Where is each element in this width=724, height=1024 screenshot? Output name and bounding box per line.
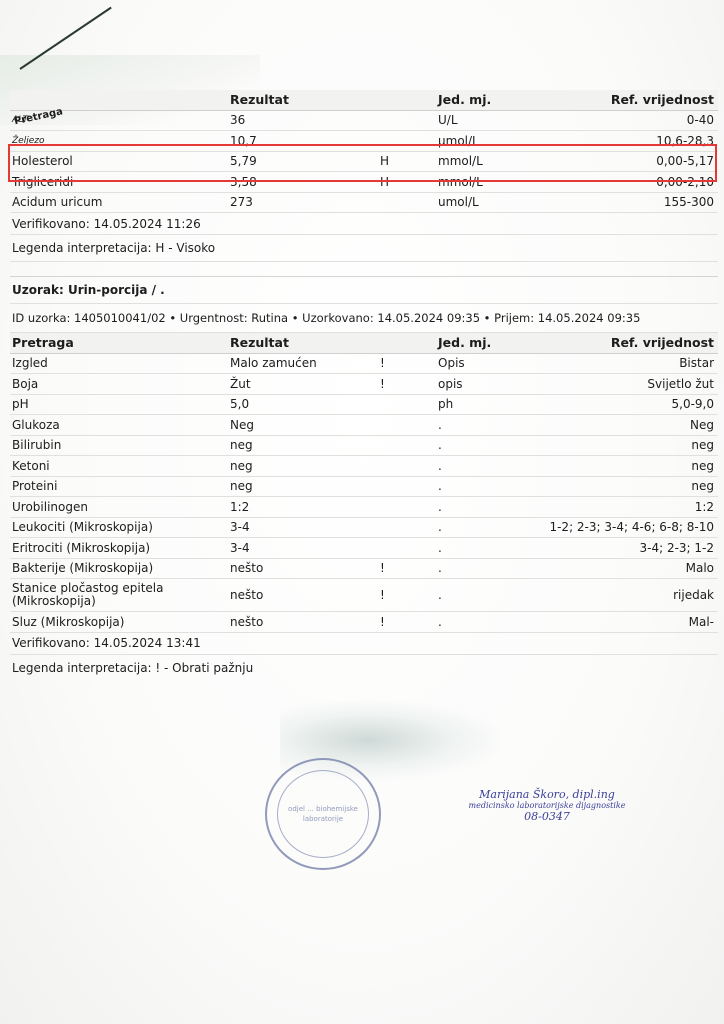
table-row: BojaŽut!opisSvijetlo žut	[10, 374, 718, 395]
flag: !	[380, 615, 438, 629]
reference-range: 0-40	[534, 113, 718, 127]
header-ref: Ref. vrijednost	[534, 335, 718, 350]
test-name: Bilirubin	[10, 438, 230, 452]
test-name: Proteini	[10, 479, 230, 493]
unit: opis	[438, 377, 534, 391]
table-row: pH5,0ph5,0-9,0	[10, 395, 718, 416]
table-row: Urobilinogen1:2.1:2	[10, 497, 718, 518]
reference-range: Mal-	[534, 615, 718, 629]
reference-range: neg	[534, 438, 718, 452]
result-value: nešto	[230, 615, 380, 629]
test-name: Ketoni	[10, 459, 230, 473]
table-row: Sluz (Mikroskopija)nešto!.Mal-	[10, 612, 718, 633]
header-unit: Jed. mj.	[438, 92, 534, 107]
verified-timestamp: Verifikovano: 14.05.2024 13:41	[10, 633, 718, 655]
verified-timestamp: Verifikovano: 14.05.2024 11:26	[10, 213, 718, 235]
table-row: IzgledMalo zamućen!OpisBistar	[10, 354, 718, 375]
table-row: Eritrociti (Mikroskopija)3-4.3-4; 2-3; 1…	[10, 538, 718, 559]
unit: .	[438, 479, 534, 493]
unit: .	[438, 500, 534, 514]
result-value: 3-4	[230, 541, 380, 555]
test-name: Boja	[10, 377, 230, 391]
test-name: pH	[10, 397, 230, 411]
highlight-box	[8, 144, 717, 182]
header-ref: Ref. vrijednost	[534, 92, 718, 107]
result-value: nešto	[230, 588, 380, 602]
test-name: Eritrociti (Mikroskopija)	[10, 541, 230, 555]
table-header: Pretraga Rezultat Jed. mj. Ref. vrijedno…	[10, 333, 718, 354]
result-value: neg	[230, 459, 380, 473]
test-name: Glukoza	[10, 418, 230, 432]
unit: .	[438, 418, 534, 432]
header-unit: Jed. mj.	[438, 335, 534, 350]
table-row: Proteinineg.neg	[10, 477, 718, 498]
test-name: Bakterije (Mikroskopija)	[10, 561, 230, 575]
test-name: Acidum uricum	[10, 195, 230, 209]
unit: U/L	[438, 113, 534, 127]
unit: Opis	[438, 356, 534, 370]
sample-title: Uzorak: Urin-porcija / .	[10, 277, 718, 304]
result-value: Malo zamućen	[230, 356, 380, 370]
unit: .	[438, 615, 534, 629]
reference-range: Neg	[534, 418, 718, 432]
table-row: Ketonineg.neg	[10, 456, 718, 477]
result-value: 36	[230, 113, 380, 127]
table-row: Acidum uricum273umol/L155-300	[10, 193, 718, 214]
divider	[10, 262, 718, 277]
header-test: Pretraga	[10, 335, 230, 350]
test-name: Urobilinogen	[10, 500, 230, 514]
legend: Legenda interpretacija: ! - Obrati pažnj…	[10, 655, 718, 681]
signer-title: medicinsko laboratorijske dijagnostike	[462, 801, 632, 810]
unit: .	[438, 438, 534, 452]
table-row: GlukozaNeg.Neg	[10, 415, 718, 436]
unit: .	[438, 520, 534, 534]
reference-range: 3-4; 2-3; 1-2	[534, 541, 718, 555]
table-row: Stanice pločastog epitela (Mikroskopija)…	[10, 579, 718, 612]
test-name: Sluz (Mikroskopija)	[10, 615, 230, 629]
reference-range: neg	[534, 459, 718, 473]
header-result: Rezultat	[230, 335, 380, 350]
table-header: Pretraga Rezultat Jed. mj. Ref. vrijedno…	[10, 90, 718, 111]
reference-range: Svijetlo žut	[534, 377, 718, 391]
table-row: Leukociti (Mikroskopija)3-4.1-2; 2-3; 3-…	[10, 518, 718, 539]
flag: !	[380, 356, 438, 370]
signer-number: 08-0347	[462, 810, 632, 823]
result-value: nešto	[230, 561, 380, 575]
reference-range: neg	[534, 479, 718, 493]
unit: ph	[438, 397, 534, 411]
test-name: Stanice pločastog epitela (Mikroskopija)	[10, 582, 230, 608]
signature-block: Marijana Škoro, dipl.ing medicinsko labo…	[462, 788, 632, 823]
flag: !	[380, 377, 438, 391]
reference-range: 155-300	[534, 195, 718, 209]
unit: .	[438, 561, 534, 575]
test-name: Leukociti (Mikroskopija)	[10, 520, 230, 534]
reference-range: 1:2	[534, 500, 718, 514]
unit: umol/L	[438, 195, 534, 209]
legend: Legenda interpretacija: H - Visoko	[10, 235, 718, 262]
reference-range: Malo	[534, 561, 718, 575]
reference-range: 1-2; 2-3; 3-4; 4-6; 6-8; 8-10	[534, 520, 718, 534]
flag: !	[380, 588, 438, 602]
unit: .	[438, 541, 534, 555]
reference-range: Bistar	[534, 356, 718, 370]
table-row: ALT36U/L0-40	[10, 111, 718, 132]
table-row: Bilirubinneg.neg	[10, 436, 718, 457]
signer-name: Marijana Škoro, dipl.ing	[462, 788, 632, 801]
reference-range: rijedak	[534, 588, 718, 602]
result-value: 273	[230, 195, 380, 209]
result-value: neg	[230, 479, 380, 493]
unit: .	[438, 588, 534, 602]
result-value: Žut	[230, 377, 380, 391]
official-stamp: odjel ... biohemijske laboratorije	[265, 758, 381, 870]
test-name: Izgled	[10, 356, 230, 370]
table-row: Bakterije (Mikroskopija)nešto!.Malo	[10, 559, 718, 580]
unit: .	[438, 459, 534, 473]
result-value: 5,0	[230, 397, 380, 411]
flag: !	[380, 561, 438, 575]
result-value: 3-4	[230, 520, 380, 534]
result-value: 1:2	[230, 500, 380, 514]
sample-info: ID uzorka: 1405010041/02 • Urgentnost: R…	[10, 304, 718, 333]
result-value: neg	[230, 438, 380, 452]
header-result: Rezultat	[230, 92, 380, 107]
result-value: Neg	[230, 418, 380, 432]
reference-range: 5,0-9,0	[534, 397, 718, 411]
